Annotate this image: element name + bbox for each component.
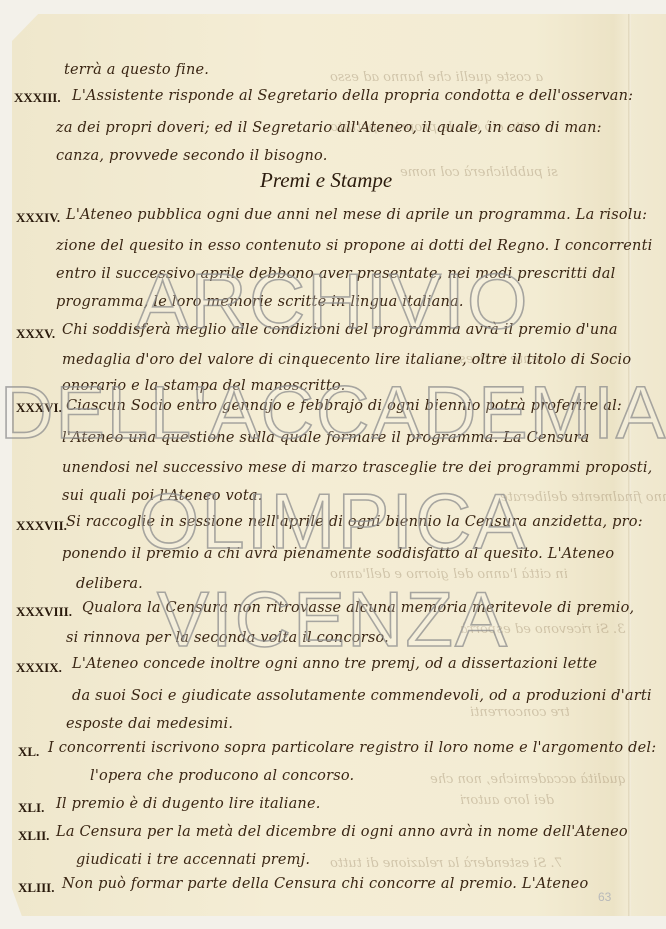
text-line: La Censura per la metà del dicembre di o…	[56, 824, 628, 840]
watermark-line: VICENZA	[0, 580, 666, 658]
text-line: zione del quesito in esso contenuto si p…	[56, 238, 652, 254]
text-line: medaglia d'oro del valore di cinquecento…	[62, 352, 631, 368]
text-line: za dei propri doveri; ed il Segretario a…	[56, 120, 602, 136]
bleed-text: 7. Si estenderà la relazione di tutto	[330, 856, 563, 871]
bleed-text: tre concorrenti	[470, 705, 570, 720]
text-line: l'opera che producono al concorso.	[90, 768, 354, 784]
text-line: Non può formar parte della Censura chi c…	[62, 876, 588, 892]
text-line: giudicati i tre accennati premj.	[76, 852, 310, 868]
text-line: I concorrenti iscrivono sopra particolar…	[48, 740, 656, 756]
article-number: XLIII.	[18, 880, 55, 896]
article-number: XXXIV.	[16, 210, 60, 226]
article-number: XL.	[18, 744, 39, 760]
text-line: Il premio è di dugento lire italiane.	[56, 796, 321, 812]
article-number: XLI.	[18, 800, 44, 816]
bleed-text: dei loro autori	[460, 793, 554, 808]
text-line: terrà a questo fine.	[64, 62, 209, 78]
text-line: canza, provvede secondo il bisogno.	[56, 148, 328, 164]
text-line: unendosi nel successivo mese di marzo tr…	[62, 460, 652, 476]
watermark-line: DELL'ACCADEMIA	[0, 376, 666, 450]
bleed-text: qualità accademiche, non che	[430, 772, 626, 787]
article-number: XLII.	[18, 828, 49, 844]
text-line: da suoi Soci e giudicate assolutamente c…	[72, 688, 652, 704]
section-heading: Premi e Stampe	[260, 168, 392, 193]
bleed-text: si pubblicherà col nome	[400, 165, 558, 180]
watermark-line: ARCHIVIO	[0, 262, 666, 340]
article-number: XXXIII.	[14, 90, 61, 106]
text-line: L'Ateneo pubblica ogni due anni nel mese…	[66, 207, 647, 223]
text-line: esposte dai medesimi.	[66, 716, 233, 732]
watermark-line: OLIMPICA	[0, 482, 666, 560]
bleed-text: a coste quelli che hanno ad esso	[330, 70, 543, 85]
page-number: 63	[598, 890, 611, 904]
text-line: L'Assistente risponde al Segretario dell…	[72, 88, 633, 104]
article-number: XXXIX.	[16, 660, 62, 676]
